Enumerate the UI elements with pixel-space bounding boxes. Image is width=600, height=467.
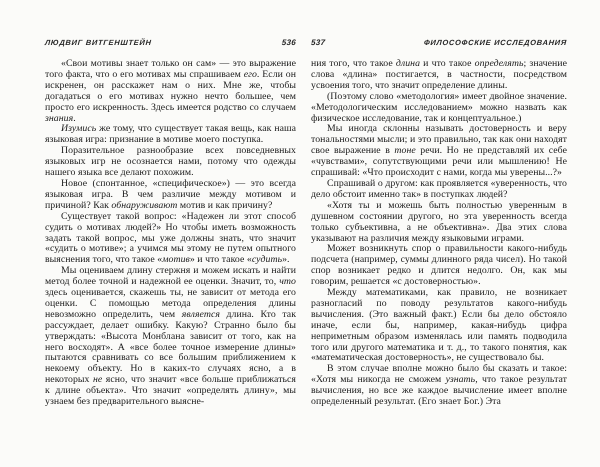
text-segment: и что такое bbox=[420, 58, 475, 69]
italic-text-segment: узнать bbox=[446, 374, 476, 385]
italic-text-segment: определять bbox=[475, 58, 524, 69]
book-spread: ЛЮДВИГ ВИТГЕНШТЕЙН 536 «Свои мотивы знае… bbox=[0, 0, 600, 467]
page-number-left: 536 bbox=[281, 38, 296, 47]
text-segment: Может возникнуть спор о правильности как… bbox=[311, 243, 567, 287]
paragraph: «Свои мотивы знает только он сам» — это … bbox=[45, 59, 296, 124]
paragraph: (Поэтому слово «методология» имеет двойн… bbox=[311, 92, 567, 125]
running-header-left: ЛЮДВИГ ВИТГЕНШТЕЙН 536 bbox=[45, 38, 297, 47]
paragraph: «Хотя ты и можешь быть полностью уверенн… bbox=[311, 201, 567, 245]
italic-text-segment: его bbox=[244, 69, 257, 80]
italic-text-segment: тоне bbox=[394, 145, 415, 156]
paragraph: Новое (спонтанное, «специфическое») — эт… bbox=[45, 179, 296, 212]
right-page: 537 ФИЛОСОФСКИЕ ИССЛЕДОВАНИЯ ния того, ч… bbox=[311, 38, 567, 408]
paragraph: Существует такой вопрос: «Надежен ли это… bbox=[45, 212, 296, 267]
italic-text-segment: длина bbox=[396, 58, 420, 69]
text-segment: ния того, что такое bbox=[311, 58, 396, 69]
text-segment: Спрашивай о другом: как проявляется «уве… bbox=[311, 178, 567, 200]
left-page-body: «Свои мотивы знает только он сам» — это … bbox=[45, 59, 296, 408]
text-segment: » и что такое « bbox=[190, 254, 252, 265]
italic-text-segment: Изумись bbox=[61, 123, 96, 134]
paragraph: Мы иногда склонны называть достоверность… bbox=[311, 124, 567, 179]
paragraph: Поразительное разнообразие всех повседне… bbox=[45, 146, 296, 179]
paragraph: Может возникнуть спор о правильности как… bbox=[311, 244, 567, 288]
running-title-author: ЛЮДВИГ ВИТГЕНШТЕЙН bbox=[45, 38, 152, 47]
italic-text-segment: знания bbox=[45, 113, 73, 124]
text-segment: ». bbox=[282, 254, 289, 265]
left-page: ЛЮДВИГ ВИТГЕНШТЕЙН 536 «Свои мотивы знае… bbox=[45, 38, 296, 408]
paragraph: Мы оцениваем длину стержня и можем искат… bbox=[45, 266, 296, 408]
running-title-book: ФИЛОСОФСКИЕ ИССЛЕДОВАНИЯ bbox=[424, 38, 568, 47]
paragraph: Между математиками, как правило, не возн… bbox=[311, 288, 567, 364]
italic-text-segment: обнаруживают bbox=[111, 200, 177, 211]
paragraph: ния того, что такое длина и что такое оп… bbox=[311, 59, 567, 92]
paragraph: В этом случае вполне можно было бы сказа… bbox=[311, 364, 567, 408]
text-segment: Между математиками, как правило, не возн… bbox=[311, 287, 567, 363]
right-page-body: ния того, что такое длина и что такое оп… bbox=[311, 59, 567, 408]
italic-text-segment: мотив bbox=[162, 254, 190, 265]
paragraph: Изумись же тому, что существует такая ве… bbox=[45, 124, 296, 146]
paragraph: Спрашивай о другом: как проявляется «уве… bbox=[311, 179, 567, 201]
page-number-right: 537 bbox=[311, 38, 326, 47]
text-segment: «Хотя ты и можешь быть полностью уверенн… bbox=[311, 200, 567, 244]
text-segment: мотив и как причину? bbox=[177, 200, 272, 211]
text-segment: (Поэтому слово «методология» имеет двойн… bbox=[311, 91, 567, 124]
italic-text-segment: является bbox=[182, 309, 220, 320]
running-header-right: 537 ФИЛОСОФСКИЕ ИССЛЕДОВАНИЯ bbox=[311, 38, 568, 47]
text-segment: . bbox=[73, 113, 76, 124]
italic-text-segment: не bbox=[93, 374, 102, 385]
italic-text-segment: что bbox=[279, 276, 296, 287]
text-segment: Поразительное разнообразие всех повседне… bbox=[45, 145, 296, 178]
italic-text-segment: судить bbox=[252, 254, 282, 265]
text-segment: Мы оцениваем длину стержня и можем искат… bbox=[45, 265, 296, 287]
